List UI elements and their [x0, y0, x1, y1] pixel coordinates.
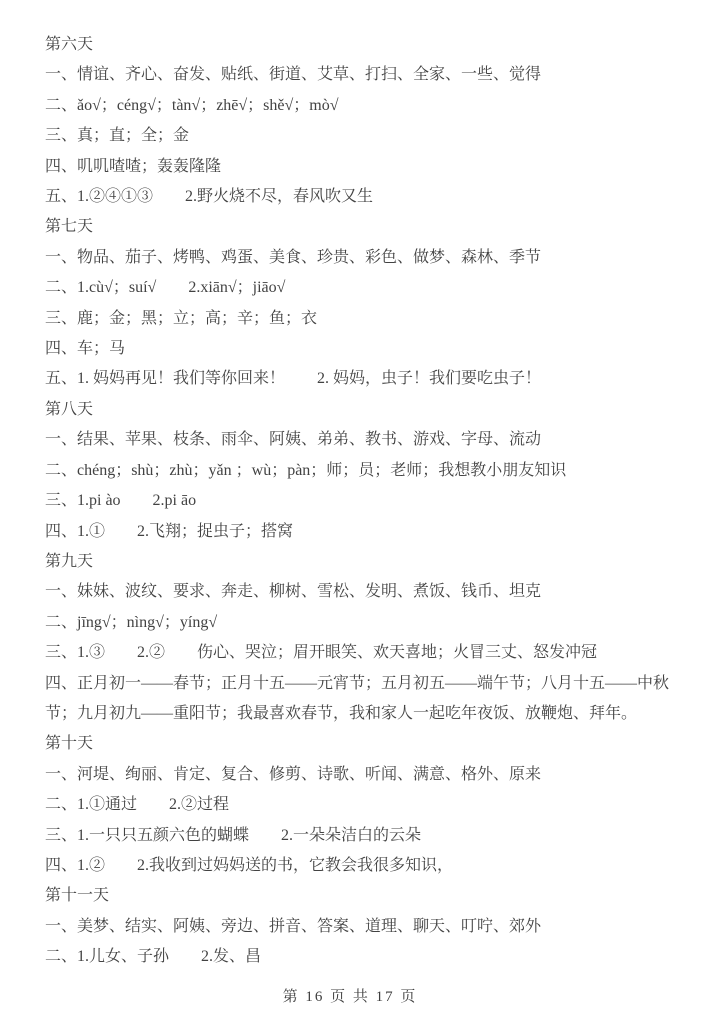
- answer-line: 二、1.①通过 2.②过程: [45, 790, 695, 820]
- section-day-10: 第十天 一、河堤、绚丽、肯定、复合、修剪、诗歌、听闻、满意、格外、原来 二、1.…: [45, 729, 695, 881]
- answer-line: 一、河堤、绚丽、肯定、复合、修剪、诗歌、听闻、满意、格外、原来: [45, 760, 695, 790]
- answer-line: 四、正月初一——春节；正月十五——元宵节；五月初五——端午节；八月十五——中秋节…: [45, 669, 695, 730]
- answer-line: 三、1.③ 2.② 伤心、哭泣；眉开眼笑、欢天喜地；火冒三丈、怒发冲冠: [45, 638, 695, 668]
- answer-line: 四、叽叽喳喳；轰轰隆隆: [45, 152, 695, 182]
- answer-key-page: 第六天 一、情谊、齐心、奋发、贴纸、街道、艾草、打扫、全家、一些、觉得 二、ǎo…: [45, 30, 695, 973]
- answer-line: 三、真；直；全；金: [45, 121, 695, 151]
- answer-line: 一、情谊、齐心、奋发、贴纸、街道、艾草、打扫、全家、一些、觉得: [45, 60, 695, 90]
- answer-line: 四、车；马: [45, 334, 695, 364]
- section-day-9: 第九天 一、妹妹、波纹、要求、奔走、柳树、雪松、发明、煮饭、钱币、坦克 二、jī…: [45, 547, 695, 729]
- answer-line: 二、chéng；shù；zhù；yǎn ；wù；pàn；师；员；老师；我想教小朋…: [45, 456, 695, 486]
- day-heading: 第七天: [45, 212, 695, 242]
- day-heading: 第九天: [45, 547, 695, 577]
- section-day-8: 第八天 一、结果、苹果、枝条、雨伞、阿姨、弟弟、教书、游戏、字母、流动 二、ch…: [45, 395, 695, 547]
- answer-line: 三、1.一只只五颜六色的蝴蝶 2.一朵朵洁白的云朵: [45, 821, 695, 851]
- day-heading: 第八天: [45, 395, 695, 425]
- answer-line: 二、jīng√；nìng√；yíng√: [45, 608, 695, 638]
- answer-line: 二、1.儿女、子孙 2.发、昌: [45, 942, 695, 972]
- answer-line: 一、物品、茄子、烤鸭、鸡蛋、美食、珍贵、彩色、做梦、森林、季节: [45, 243, 695, 273]
- answer-line: 一、妹妹、波纹、要求、奔走、柳树、雪松、发明、煮饭、钱币、坦克: [45, 577, 695, 607]
- day-heading: 第十天: [45, 729, 695, 759]
- section-day-6: 第六天 一、情谊、齐心、奋发、贴纸、街道、艾草、打扫、全家、一些、觉得 二、ǎo…: [45, 30, 695, 212]
- answer-line: 二、ǎo√；céng√；tàn√；zhē√；shě√；mò√: [45, 91, 695, 121]
- answer-line: 三、鹿；金；黑；立；高；辛；鱼；衣: [45, 304, 695, 334]
- day-heading: 第六天: [45, 30, 695, 60]
- answer-line: 二、1.cù√；suí√ 2.xiān√；jiāo√: [45, 273, 695, 303]
- day-heading: 第十一天: [45, 881, 695, 911]
- answer-line: 一、结果、苹果、枝条、雨伞、阿姨、弟弟、教书、游戏、字母、流动: [45, 425, 695, 455]
- answer-line: 四、1.② 2.我收到过妈妈送的书，它教会我很多知识，: [45, 851, 695, 881]
- answer-line: 四、1.① 2.飞翔；捉虫子；搭窝: [45, 517, 695, 547]
- answer-line: 五、1. 妈妈再见！我们等你回来！ 2. 妈妈，虫子！我们要吃虫子！: [45, 364, 695, 394]
- answer-line: 五、1.②④①③ 2.野火烧不尽，春风吹又生: [45, 182, 695, 212]
- answer-line: 一、美梦、结实、阿姨、旁边、拼音、答案、道理、聊天、叮咛、郊外: [45, 912, 695, 942]
- page-number-footer: 第 16 页 共 17 页: [0, 985, 700, 1006]
- section-day-7: 第七天 一、物品、茄子、烤鸭、鸡蛋、美食、珍贵、彩色、做梦、森林、季节 二、1.…: [45, 212, 695, 394]
- section-day-11: 第十一天 一、美梦、结实、阿姨、旁边、拼音、答案、道理、聊天、叮咛、郊外 二、1…: [45, 881, 695, 972]
- answer-line: 三、1.pi ào 2.pi āo: [45, 486, 695, 516]
